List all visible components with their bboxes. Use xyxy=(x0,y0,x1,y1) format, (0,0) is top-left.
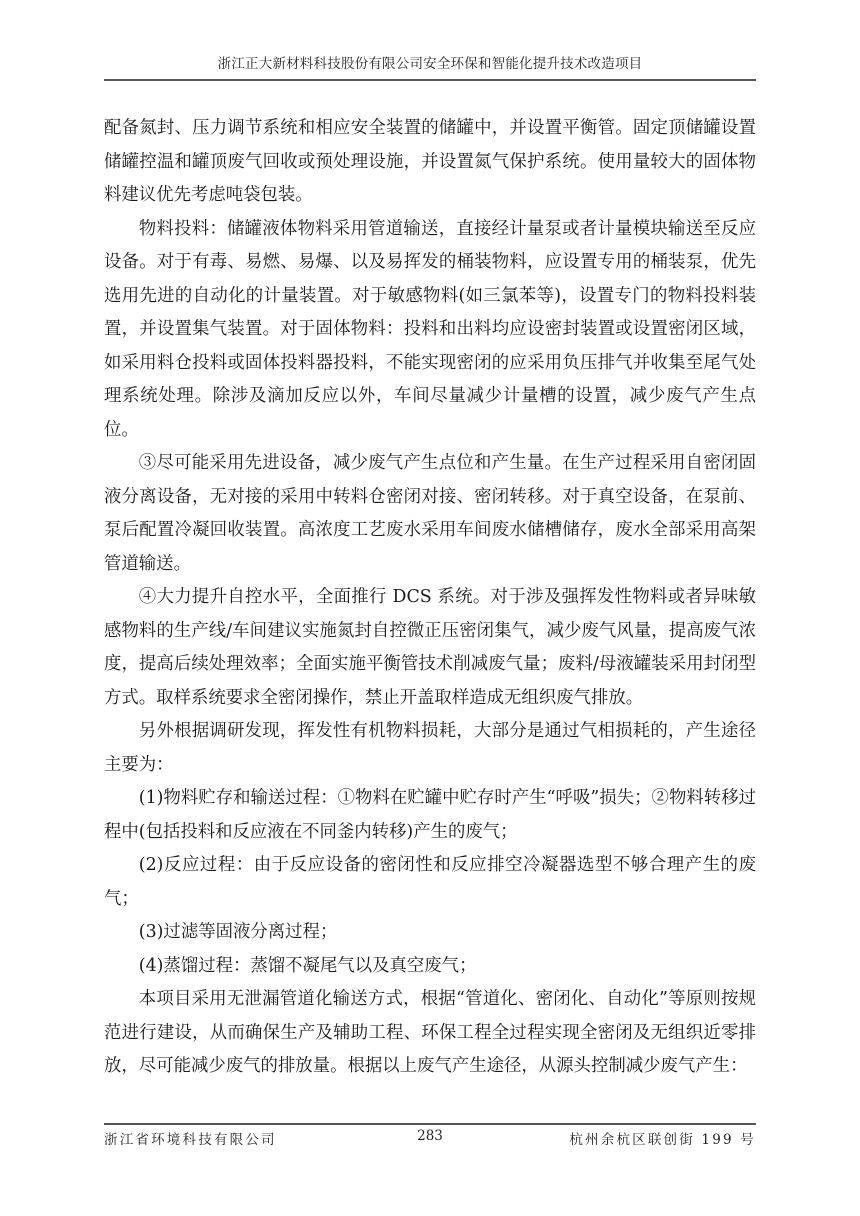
paragraph-project-approach: 本项目采用无泄漏管道化输送方式，根据“管道化、密闭化、自动化”等原则按规范进行建… xyxy=(104,983,756,1084)
footer-divider xyxy=(104,1123,756,1125)
paragraph-research-findings: 另外根据调研发现，挥发性有机物料损耗，大部分是通过气相损耗的，产生途径主要为： xyxy=(104,715,756,782)
paragraph-material-feeding: 物料投料：储罐液体物料采用管道输送，直接经计量泵或者计量模块输送至反应设备。对于… xyxy=(104,213,756,448)
list-item-filtration: (3)过滤等固液分离过程； xyxy=(104,916,756,950)
page-footer: 浙江省环境科技有限公司 283 杭州余杭区联创街 199 号 xyxy=(104,1128,756,1148)
list-item-reaction-process: (2)反应过程：由于反应设备的密闭性和反应排空冷凝器选型不够合理产生的废气； xyxy=(104,849,756,916)
document-body: 配备氮封、压力调节系统和相应安全装置的储罐中，并设置平衡管。固定顶储罐设置储罐控… xyxy=(104,112,756,1084)
paragraph-automation-dcs: ④大力提升自控水平，全面推行 DCS 系统。对于涉及强挥发性物料或者异味敏感物料… xyxy=(104,581,756,715)
list-item-storage-transport: (1)物料贮存和输送过程：①物料在贮罐中贮存时产生“呼吸”损失；②物料转移过程中… xyxy=(104,782,756,849)
paragraph-storage-continued: 配备氮封、压力调节系统和相应安全装置的储罐中，并设置平衡管。固定顶储罐设置储罐控… xyxy=(104,112,756,213)
paragraph-advanced-equipment: ③尽可能采用先进设备，减少废气产生点位和产生量。在生产过程采用自密闭固液分离设备… xyxy=(104,447,756,581)
page-header-title: 浙江正大新材料科技股份有限公司安全环保和智能化提升技术改造项目 xyxy=(104,52,756,72)
footer-address: 杭州余杭区联创街 199 号 xyxy=(569,1128,756,1148)
list-item-distillation: (4)蒸馏过程：蒸馏不凝尾气以及真空废气； xyxy=(104,950,756,984)
header-divider xyxy=(104,79,756,81)
